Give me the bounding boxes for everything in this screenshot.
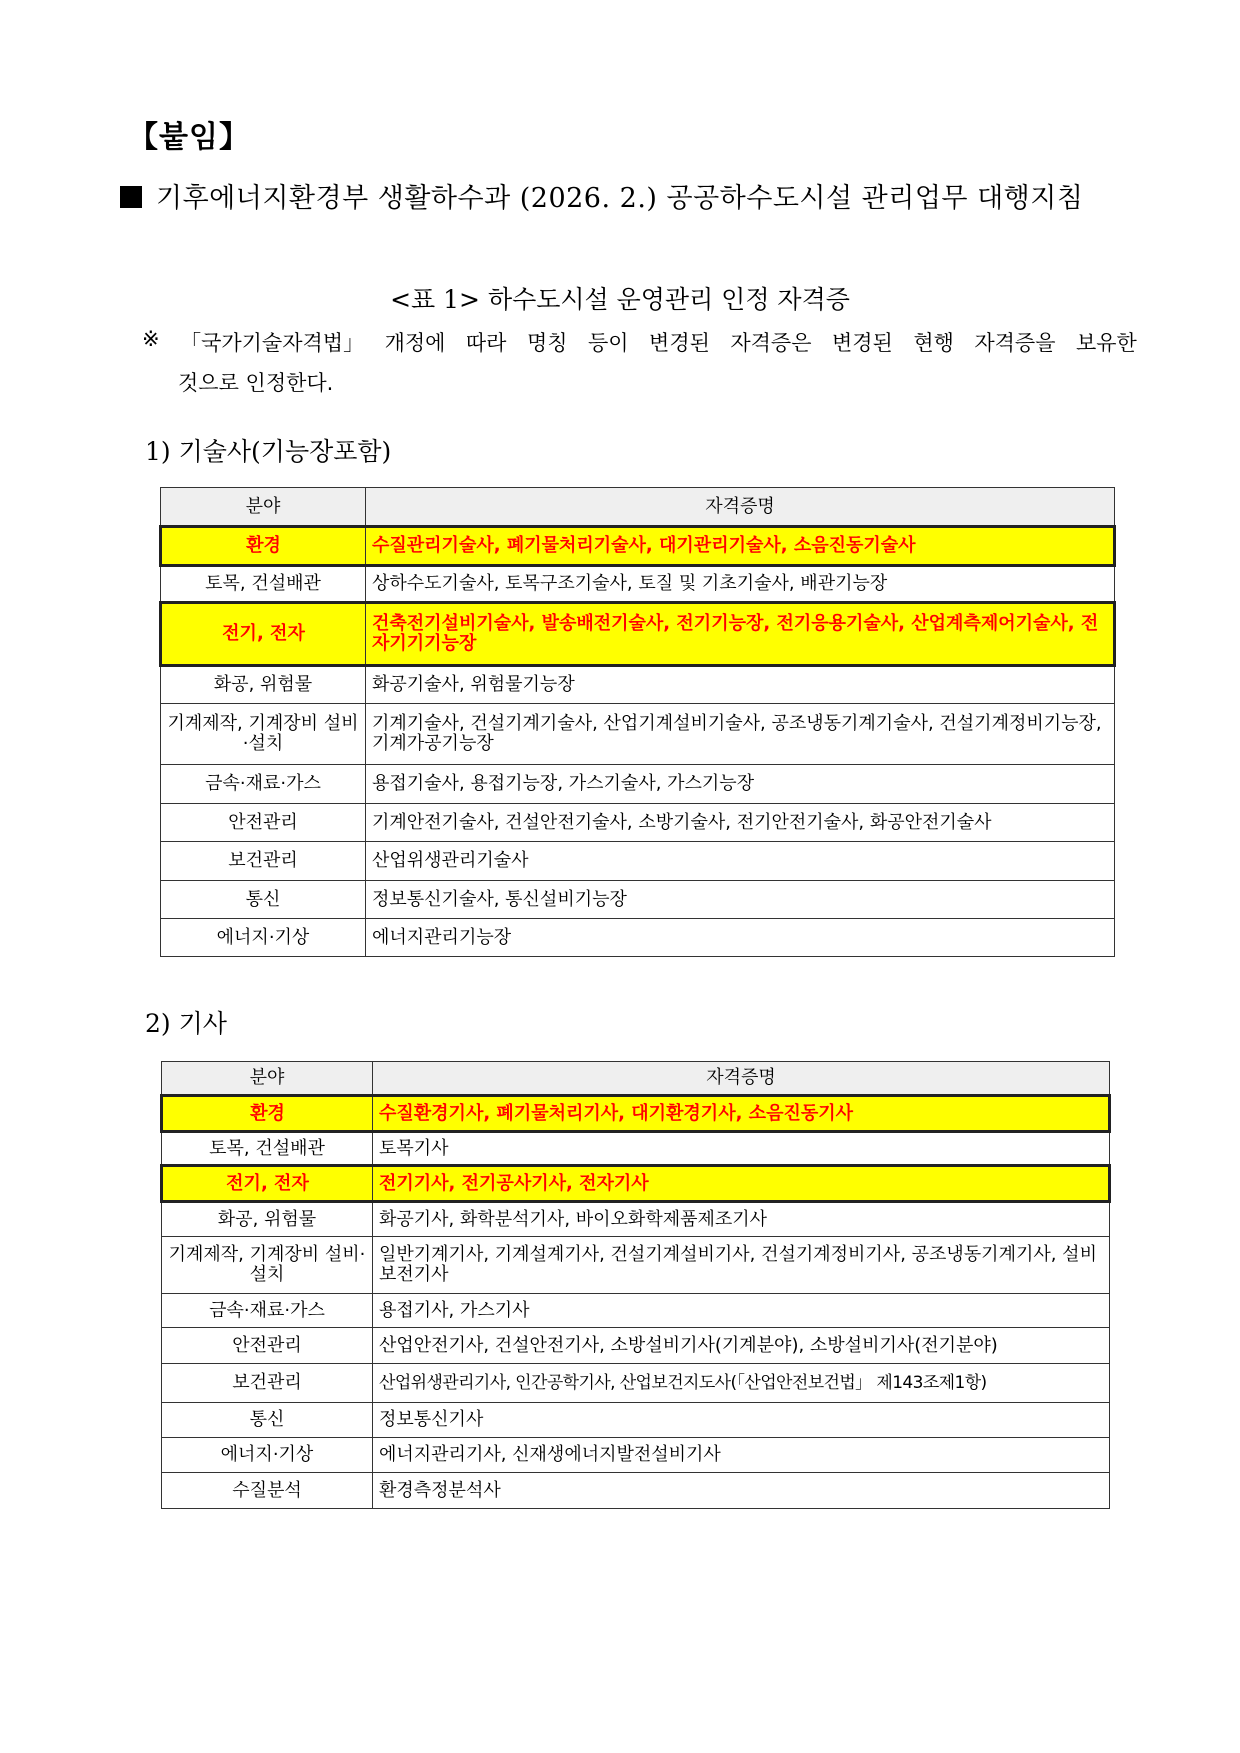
engineer-certificates-table: 분야 자격증명 환경 수질환경기사, 폐기물처리기사, 대기환경기사, 소음진동… — [160, 1061, 1111, 1509]
field-cell: 화공, 위험물 — [162, 1202, 373, 1237]
field-cell: 전기, 전자 — [162, 1166, 373, 1202]
certs-cell: 화공기술사, 위험물기능장 — [366, 666, 1115, 704]
field-cell: 화공, 위험물 — [161, 666, 366, 704]
note-word: 변경된 — [832, 327, 893, 357]
field-cell: 환경 — [162, 1096, 373, 1132]
field-cell: 수질분석 — [162, 1473, 373, 1509]
table-row: 에너지·기상 에너지관리기능장 — [161, 919, 1115, 957]
certs-cell: 건축전기설비기술사, 발송배전기술사, 전기기능장, 전기응용기술사, 산업계측… — [366, 603, 1115, 666]
table-row: 안전관리 기계안전기술사, 건설안전기술사, 소방기술사, 전기안전기술사, 화… — [161, 804, 1115, 842]
document-title: 기후에너지환경부 생활하수과 (2026. 2.) 공공하수도시설 관리업무 대… — [120, 176, 1083, 215]
field-cell: 환경 — [161, 527, 366, 566]
field-cell: 보건관리 — [161, 842, 366, 881]
table-row: 보건관리 산업위생관리기술사 — [161, 842, 1115, 881]
note-word: 따라 — [466, 327, 507, 357]
certs-cell: 일반기계기사, 기계설계기사, 건설기계설비기사, 건설기계정비기사, 공조냉동… — [373, 1237, 1110, 1294]
certs-cell: 상하수도기술사, 토목구조기술사, 토질 및 기초기술사, 배관기능장 — [366, 566, 1115, 603]
field-cell: 안전관리 — [161, 804, 366, 842]
table-row: 보건관리 산업위생관리기사, 인간공학기사, 산업보건지도사(「산업안전보건법」… — [162, 1364, 1110, 1403]
certs-cell: 정보통신기술사, 통신설비기능장 — [366, 881, 1115, 919]
certs-cell: 용접기사, 가스기사 — [373, 1294, 1110, 1328]
black-square-bullet-icon — [120, 186, 142, 208]
table-row: 환경 수질환경기사, 폐기물처리기사, 대기환경기사, 소음진동기사 — [162, 1096, 1110, 1132]
note-word: 「국가기술자격법」 — [180, 327, 364, 357]
table-caption: <표 1> 하수도시설 운영관리 인정 자격증 — [0, 280, 1240, 316]
table-row: 전기, 전자 건축전기설비기술사, 발송배전기술사, 전기기능장, 전기응용기술… — [161, 603, 1115, 666]
certs-cell: 산업위생관리기술사 — [366, 842, 1115, 881]
table-row: 금속·재료·가스 용접기사, 가스기사 — [162, 1294, 1110, 1328]
note-word: 명칭 — [527, 327, 568, 357]
note-word: 변경된 — [649, 327, 710, 357]
certs-cell: 전기기사, 전기공사기사, 전자기사 — [373, 1166, 1110, 1202]
certs-cell: 화공기사, 화학분석기사, 바이오화학제품제조기사 — [373, 1202, 1110, 1237]
header-field: 분야 — [162, 1062, 373, 1096]
field-cell: 금속·재료·가스 — [161, 765, 366, 804]
table-row: 통신 정보통신기술사, 통신설비기능장 — [161, 881, 1115, 919]
field-cell: 기계제작, 기계장비 설비·설치 — [162, 1237, 373, 1294]
certs-cell: 산업안전기사, 건설안전기사, 소방설비기사(기계분야), 소방설비기사(전기분… — [373, 1328, 1110, 1364]
table-header-row: 분야 자격증명 — [162, 1062, 1110, 1096]
certs-cell: 기계기술사, 건설기계기술사, 산업기계설비기술사, 공조냉동기계기술사, 건설… — [366, 704, 1115, 765]
field-cell: 기계제작, 기계장비 설비·설치 — [161, 704, 366, 765]
note-word: 등이 — [588, 327, 629, 357]
table-row: 기계제작, 기계장비 설비·설치 일반기계기사, 기계설계기사, 건설기계설비기… — [162, 1237, 1110, 1294]
table-row: 화공, 위험물 화공기사, 화학분석기사, 바이오화학제품제조기사 — [162, 1202, 1110, 1237]
certs-cell: 정보통신기사 — [373, 1403, 1110, 1438]
certs-cell: 수질관리기술사, 폐기물처리기술사, 대기관리기술사, 소음진동기술사 — [366, 527, 1115, 566]
field-cell: 에너지·기상 — [161, 919, 366, 957]
table-row: 토목, 건설배관 토목기사 — [162, 1132, 1110, 1166]
field-cell: 금속·재료·가스 — [162, 1294, 373, 1328]
table-row: 금속·재료·가스 용접기술사, 용접기능장, 가스기술사, 가스기능장 — [161, 765, 1115, 804]
certs-cell: 환경측정분석사 — [373, 1473, 1110, 1509]
certs-cell: 산업위생관리기사, 인간공학기사, 산업보건지도사(「산업안전보건법」 제143… — [373, 1364, 1110, 1403]
section-1-title: 1) 기술사(기능장포함) — [145, 432, 391, 468]
table-row: 기계제작, 기계장비 설비·설치 기계기술사, 건설기계기술사, 산업기계설비기… — [161, 704, 1115, 765]
field-cell: 토목, 건설배관 — [161, 566, 366, 603]
certs-cell: 수질환경기사, 폐기물처리기사, 대기환경기사, 소음진동기사 — [373, 1096, 1110, 1132]
certs-cell: 에너지관리기능장 — [366, 919, 1115, 957]
header-certificate-name: 자격증명 — [366, 488, 1115, 527]
field-cell: 통신 — [161, 881, 366, 919]
header-certificate-name: 자격증명 — [373, 1062, 1110, 1096]
note-word: 개정에 — [385, 327, 446, 357]
field-cell: 에너지·기상 — [162, 1438, 373, 1473]
table-row: 안전관리 산업안전기사, 건설안전기사, 소방설비기사(기계분야), 소방설비기… — [162, 1328, 1110, 1364]
table-row: 전기, 전자 전기기사, 전기공사기사, 전자기사 — [162, 1166, 1110, 1202]
field-cell: 보건관리 — [162, 1364, 373, 1403]
note-word: 자격증은 — [730, 327, 811, 357]
note-line-1: ※ 「국가기술자격법」 개정에 따라 명칭 등이 변경된 자격증은 변경된 현행… — [142, 327, 1137, 357]
table-row: 화공, 위험물 화공기술사, 위험물기능장 — [161, 666, 1115, 704]
table-row: 에너지·기상 에너지관리기사, 신재생에너지발전설비기사 — [162, 1438, 1110, 1473]
field-cell: 안전관리 — [162, 1328, 373, 1364]
table-row: 토목, 건설배관 상하수도기술사, 토목구조기술사, 토질 및 기초기술사, 배… — [161, 566, 1115, 603]
field-cell: 통신 — [162, 1403, 373, 1438]
section-2-title: 2) 기사 — [145, 1004, 227, 1040]
reference-mark-icon: ※ — [142, 327, 160, 357]
certs-cell: 기계안전기술사, 건설안전기술사, 소방기술사, 전기안전기술사, 화공안전기술… — [366, 804, 1115, 842]
note-word: 현행 — [913, 327, 954, 357]
table-row: 통신 정보통신기사 — [162, 1403, 1110, 1438]
note-word: 자격증을 — [974, 327, 1055, 357]
document-title-text: 기후에너지환경부 생활하수과 (2026. 2.) 공공하수도시설 관리업무 대… — [156, 183, 1083, 214]
table-row: 환경 수질관리기술사, 폐기물처리기술사, 대기관리기술사, 소음진동기술사 — [161, 527, 1115, 566]
certs-cell: 토목기사 — [373, 1132, 1110, 1166]
note-word: 보유한 — [1076, 327, 1137, 357]
table-header-row: 분야 자격증명 — [161, 488, 1115, 527]
field-cell: 토목, 건설배관 — [162, 1132, 373, 1166]
field-cell: 전기, 전자 — [161, 603, 366, 666]
table-row: 수질분석 환경측정분석사 — [162, 1473, 1110, 1509]
certs-cell: 용접기술사, 용접기능장, 가스기술사, 가스기능장 — [366, 765, 1115, 804]
attachment-label: 【붙임】 — [128, 112, 250, 156]
header-field: 분야 — [161, 488, 366, 527]
note-line-2: 것으로 인정한다. — [178, 367, 333, 397]
certs-cell: 에너지관리기사, 신재생에너지발전설비기사 — [373, 1438, 1110, 1473]
technician-certificates-table: 분야 자격증명 환경 수질관리기술사, 폐기물처리기술사, 대기관리기술사, 소… — [159, 487, 1116, 957]
